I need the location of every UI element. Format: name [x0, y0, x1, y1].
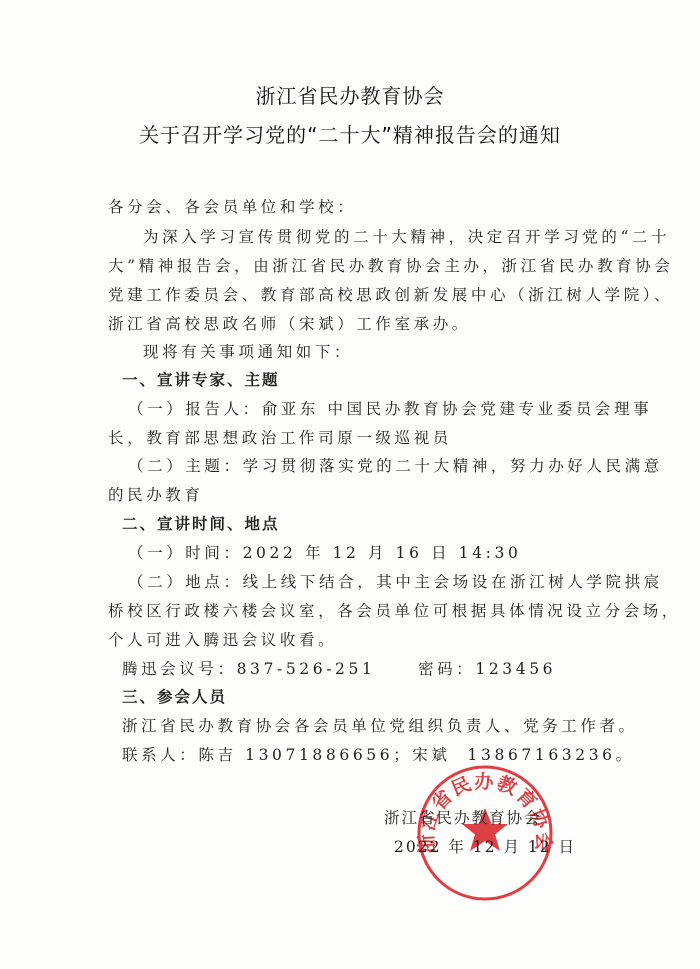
salutation: 各分会、各会员单位和学校：: [108, 197, 356, 217]
section-line: （一）报告人：俞亚东 中国民办教育协会党建专业委员会理事: [128, 399, 652, 419]
section-heading-attendees: 三、参会人员: [122, 687, 227, 707]
intro-line: 大”精神报告会，由浙江省民办教育协会主办，浙江省民办教育协会: [108, 256, 673, 276]
intro-line: 为深入学习宣传贯彻党的二十大精神，决定召开学习党的“二十: [143, 227, 670, 247]
document-title-subject: 关于召开学习党的“二十大”精神报告会的通知: [0, 119, 700, 148]
notice-document: 浙江省民办教育协会 关于召开学习党的“二十大”精神报告会的通知 各分会、各会员单…: [0, 0, 700, 969]
section-line: 桥校区行政楼六楼会议室，各会员单位可根据具体情况设立分会场，: [108, 601, 681, 621]
intro-line: 党建工作委员会、教育部高校思政创新发展中心（浙江树人学院）、: [108, 285, 673, 305]
section-line-attendees: 浙江省民办教育协会各会员单位党组织负责人、党务工作者。: [122, 716, 638, 736]
section-line: 个人可进入腾迅会议收看。: [108, 630, 337, 650]
section-heading-time-place: 二、宣讲时间、地点: [122, 514, 280, 534]
meeting-id-password: 腾迅会议号：837-526-251 密码：123456: [122, 659, 556, 679]
intro-line: 浙江省高校思政名师（宋斌）工作室承办。: [108, 314, 471, 334]
section-heading-speaker-topic: 一、宣讲专家、主题: [122, 370, 280, 390]
signature-date: 2022 年 12 月 12 日: [394, 835, 576, 857]
section-line-place: （二）地点：线上线下结合，其中主会场设在浙江树人学院拱宸: [128, 572, 663, 592]
contact-line: 联系人：陈吉 13071886656；宋斌 13867163236。: [122, 745, 635, 765]
section-line: 的民办教育: [108, 485, 204, 505]
notice-lead: 现将有关事项通知如下：: [143, 342, 353, 362]
document-title-organization: 浙江省民办教育协会: [0, 80, 700, 109]
official-seal-stamp: 浙江省民办教育协会: [416, 764, 554, 902]
section-line: （二）主题：学习贯彻落实党的二十大精神，努力办好人民满意: [128, 456, 663, 476]
section-line: 长，教育部思想政治工作司原一级巡视员: [108, 428, 452, 448]
signature-organization: 浙江省民办教育协会: [384, 806, 542, 828]
section-line-time: （一）时间：2022 年 12 月 16 日 14:30: [128, 543, 521, 563]
